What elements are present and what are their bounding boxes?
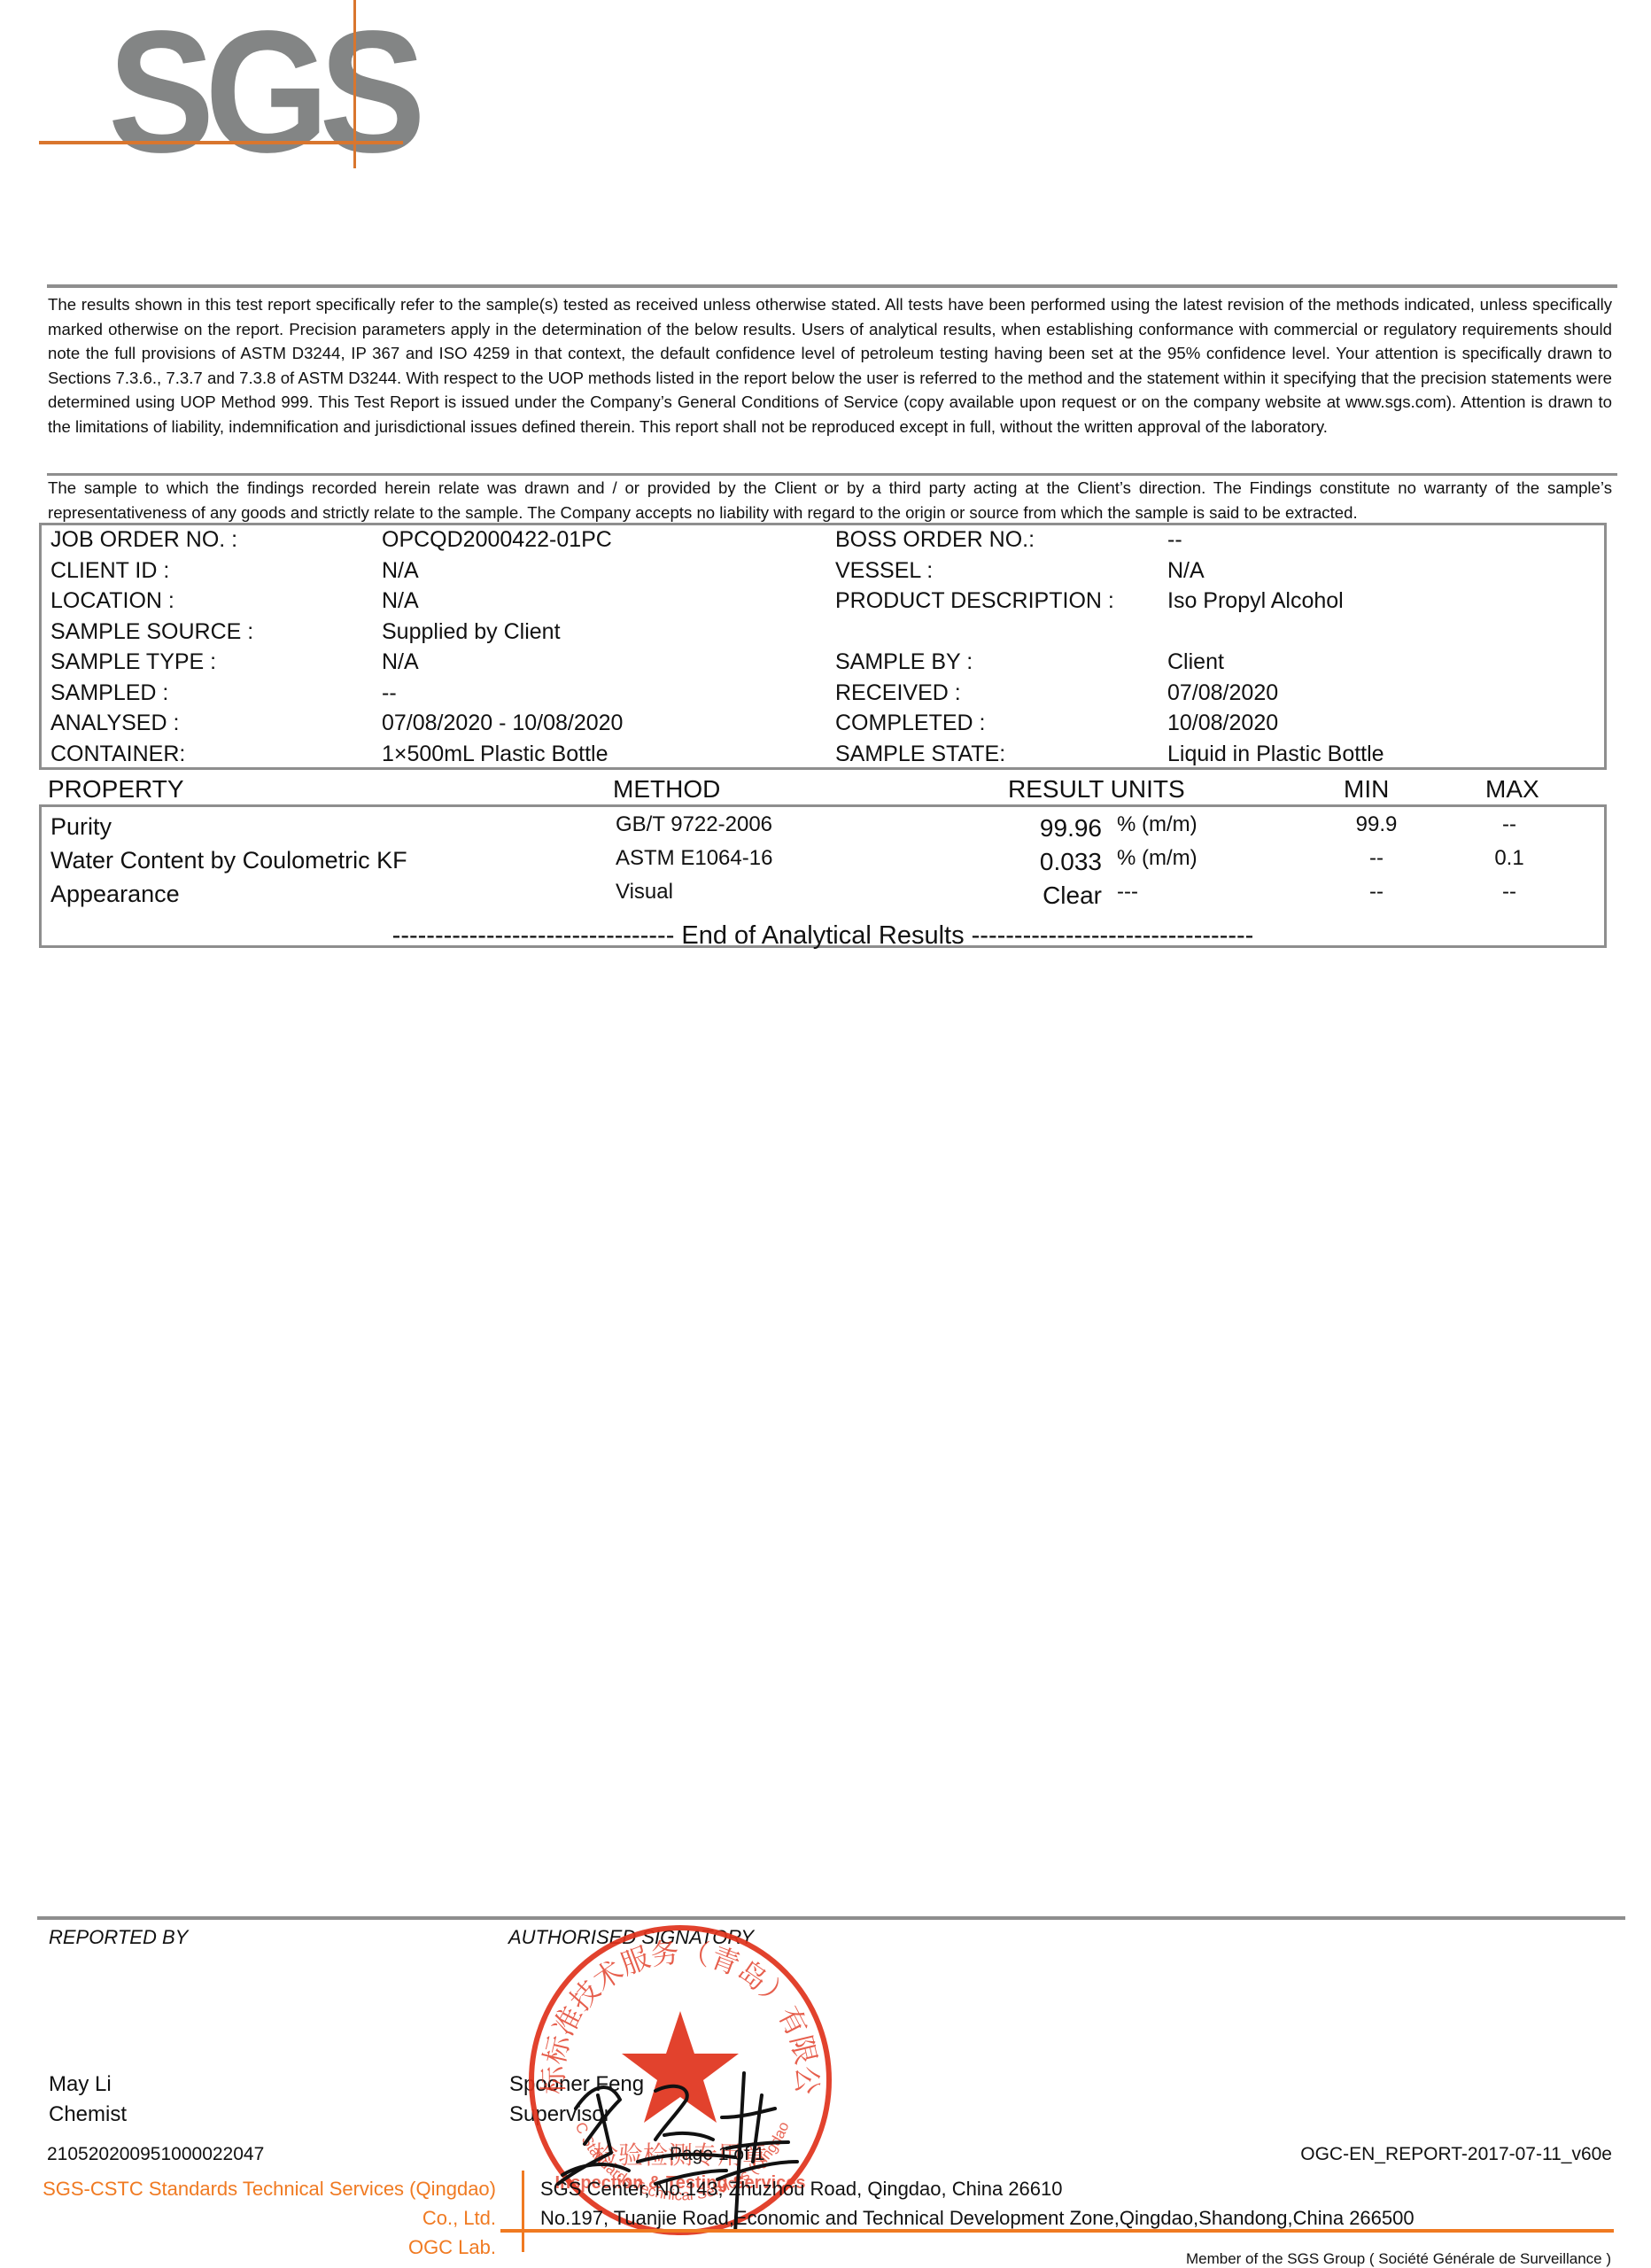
info-label: SAMPLE TYPE : [50,649,216,675]
result-max: 0.1 [1461,845,1558,872]
header-property: PROPERTY [48,774,184,804]
info-label: COMPLETED : [835,710,985,736]
logo-vertical-rule [353,0,356,168]
results-table: --------------------------------- End of… [39,804,1607,948]
result-property: Purity [50,813,112,840]
sample-info-box: JOB ORDER NO. :OPCQD2000422-01PCCLIENT I… [39,523,1607,770]
result-max: -- [1461,812,1558,838]
footer-divider [37,1916,1625,1920]
logo-wordmark: SGS [108,5,416,179]
report-number: 210520200951000022047 [47,2143,264,2166]
header-max: MAX [1485,774,1539,804]
top-divider [47,284,1617,288]
info-value: N/A [382,557,419,584]
info-value: -- [382,680,397,706]
info-value: N/A [382,649,419,675]
address-line-2: No.197, Tuanjie Road,Economic and Techni… [540,2203,1415,2233]
info-label: ANALYSED : [50,710,179,736]
company-name-block: SGS-CSTC Standards Technical Services (Q… [43,2174,496,2262]
end-of-results: --------------------------------- End of… [42,922,1604,949]
result-method: GB/T 9722-2006 [616,812,772,838]
info-value: OPCQD2000422-01PC [382,526,612,553]
company-line-2: Co., Ltd. [43,2203,496,2233]
reported-by-heading: REPORTED BY [49,1925,188,1950]
result-method: ASTM E1064-16 [616,845,772,872]
header-method: METHOD [613,774,720,804]
info-label: SAMPLE STATE: [835,741,1005,767]
star-icon [622,2011,739,2123]
template-code: OGC-EN_REPORT-2017-07-11_v60e [1300,2143,1612,2166]
info-value: N/A [382,587,419,614]
result-property: Water Content by Coulometric KF [50,847,407,874]
address-block: SGS Center, No.143, Zhuzhou Road, Qingda… [540,2174,1415,2233]
result-value: 0.033 [1040,849,1102,875]
info-label: SAMPLE BY : [835,649,973,675]
result-min: -- [1328,845,1425,872]
page-indicator: Page 1 of 1 [670,2143,764,2166]
info-label: CLIENT ID : [50,557,169,584]
signatory-title: Supervisor [509,2101,611,2128]
result-value: Clear [1043,882,1102,909]
footer-vertical-rule [522,2171,524,2252]
result-units: % (m/m) [1117,812,1198,838]
logo-horizontal-rule [39,141,403,144]
info-value: 10/08/2020 [1167,710,1278,736]
info-label: CONTAINER: [50,741,185,767]
authorised-signatory-heading: AUTHORISED SIGNATORY [508,1925,754,1950]
member-of-sgs-group: Member of the SGS Group ( Société Généra… [1186,2250,1611,2268]
info-value: -- [1167,526,1182,553]
address-line-1: SGS Center, No.143, Zhuzhou Road, Qingda… [540,2174,1415,2203]
info-label: SAMPLED : [50,680,168,706]
info-value: Supplied by Client [382,618,561,645]
reporter-name: May Li [49,2071,112,2098]
result-min: 99.9 [1328,812,1425,838]
info-value: Client [1167,649,1224,675]
signatory-name: Spooner Feng [509,2071,644,2098]
info-value: 07/08/2020 - 10/08/2020 [382,710,623,736]
info-value: Iso Propyl Alcohol [1167,587,1344,614]
reporter-title: Chemist [49,2101,127,2128]
info-label: PRODUCT DESCRIPTION : [835,587,1114,614]
info-label: JOB ORDER NO. : [50,526,237,553]
disclaimer-paragraph: The results shown in this test report sp… [48,292,1612,439]
header-min: MIN [1344,774,1389,804]
info-value: 1×500mL Plastic Bottle [382,741,608,767]
result-max: -- [1461,879,1558,905]
company-line-3: OGC Lab. [43,2233,496,2262]
info-value: 07/08/2020 [1167,680,1278,706]
info-label: SAMPLE SOURCE : [50,618,253,645]
header-result-units: RESULT UNITS [1008,774,1185,804]
result-value: 99.96 [1040,815,1102,842]
info-value: N/A [1167,557,1205,584]
info-label: BOSS ORDER NO.: [835,526,1035,553]
company-line-1: SGS-CSTC Standards Technical Services (Q… [43,2174,496,2203]
info-label: VESSEL : [835,557,933,584]
result-units: --- [1117,879,1138,905]
info-value: Liquid in Plastic Bottle [1167,741,1384,767]
info-label: LOCATION : [50,587,174,614]
result-min: -- [1328,879,1425,905]
result-property: Appearance [50,881,180,907]
info-label: RECEIVED : [835,680,961,706]
result-units: % (m/m) [1117,845,1198,872]
result-method: Visual [616,879,673,905]
sample-disclaimer-paragraph: The sample to which the findings recorde… [48,476,1612,524]
